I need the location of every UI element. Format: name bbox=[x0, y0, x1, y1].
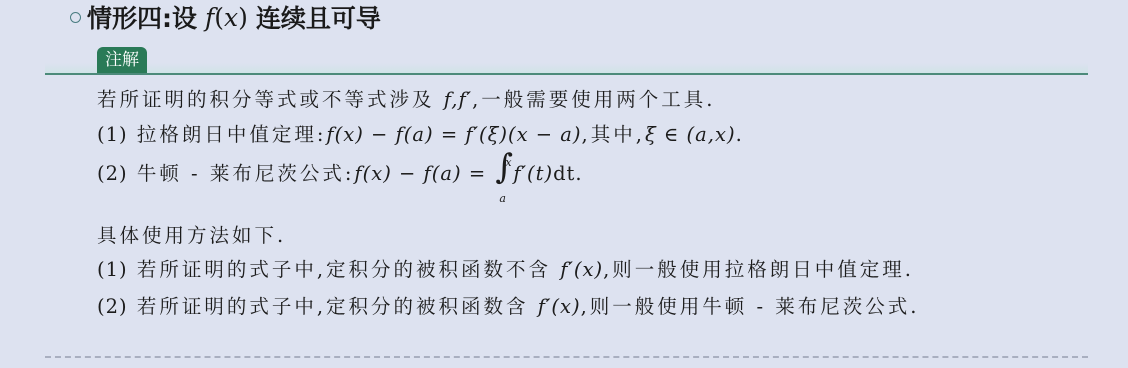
lagrange-formula: f(x) − f(a) = f′(ξ)(x − a) bbox=[326, 123, 581, 146]
intro-line: 若所证明的积分等式或不等式涉及 f,f′,一般需要使用两个工具. bbox=[97, 86, 716, 114]
method-2-line: (2) 若所证明的式子中,定积分的被积函数含 f′(x),则一般使用牛顿 - 莱… bbox=[97, 293, 919, 321]
intro-math: f,f′ bbox=[444, 88, 472, 111]
method-1-text-after: ,则一般使用拉格朗日中值定理. bbox=[603, 258, 914, 281]
method-1-text: 若所证明的式子中,定积分的被积函数不含 bbox=[137, 258, 551, 281]
top-divider bbox=[45, 73, 1088, 75]
item-label: (2) bbox=[97, 295, 128, 318]
item-label: (2) bbox=[97, 162, 128, 185]
heading-paren-open: ( bbox=[214, 3, 224, 32]
note-tag: 注解 bbox=[97, 47, 147, 74]
method-2-math: f′(x) bbox=[538, 295, 581, 318]
section-heading: 情形四:设 f(x) 连续且可导 bbox=[70, 0, 381, 34]
method-intro-line: 具体使用方法如下. bbox=[97, 222, 286, 250]
newton-leibniz-line: (2) 牛顿 - 莱布尼茨公式:f(x) − f(a) = ∫xaf′(t)dt… bbox=[97, 160, 585, 189]
item-label: (1) bbox=[97, 123, 128, 146]
integral-lower-limit: a bbox=[499, 185, 506, 213]
lagrange-condition: ξ ∈ (a,x) bbox=[645, 123, 736, 146]
method-1-math: f′(x) bbox=[560, 258, 603, 281]
heading-suffix: 连续且可导 bbox=[256, 0, 381, 35]
method-2-text: 若所证明的式子中,定积分的被积函数含 bbox=[137, 295, 529, 318]
hollow-circle-icon bbox=[70, 12, 81, 23]
method-intro-text: 具体使用方法如下. bbox=[97, 224, 286, 247]
heading-paren-close: ) bbox=[238, 3, 248, 32]
method-2-text-after: ,则一般使用牛顿 - 莱布尼茨公式. bbox=[581, 295, 920, 318]
lagrange-end: . bbox=[736, 123, 745, 146]
intro-text: 若所证明的积分等式或不等式涉及 bbox=[97, 88, 435, 111]
integral-upper-limit: x bbox=[505, 149, 511, 177]
intro-text-after: ,一般需要使用两个工具. bbox=[472, 88, 715, 111]
newton-leibniz-lhs: f(x) − f(a) = bbox=[354, 162, 493, 185]
heading-prefix: 情形四:设 bbox=[87, 0, 197, 35]
method-1-line: (1) 若所证明的式子中,定积分的被积函数不含 f′(x),则一般使用拉格朗日中… bbox=[97, 256, 914, 284]
item-label: (1) bbox=[97, 258, 128, 281]
heading-math: f(x) bbox=[205, 3, 248, 32]
heading-func: f bbox=[205, 3, 214, 32]
differential: dt bbox=[553, 162, 575, 185]
heading-arg: x bbox=[224, 3, 238, 32]
integral: ∫xa bbox=[493, 161, 513, 189]
rule-glow bbox=[45, 63, 1088, 73]
newton-leibniz-title: 牛顿 - 莱布尼茨公式: bbox=[137, 162, 355, 185]
integrand: f′(t) bbox=[513, 162, 553, 185]
lagrange-text-mid: ,其中, bbox=[582, 123, 645, 146]
lagrange-line: (1) 拉格朗日中值定理:f(x) − f(a) = f′(ξ)(x − a),… bbox=[97, 121, 745, 149]
lagrange-title: 拉格朗日中值定理: bbox=[137, 123, 327, 146]
bottom-dashed-divider bbox=[45, 356, 1088, 358]
newton-leibniz-end: . bbox=[575, 162, 584, 185]
